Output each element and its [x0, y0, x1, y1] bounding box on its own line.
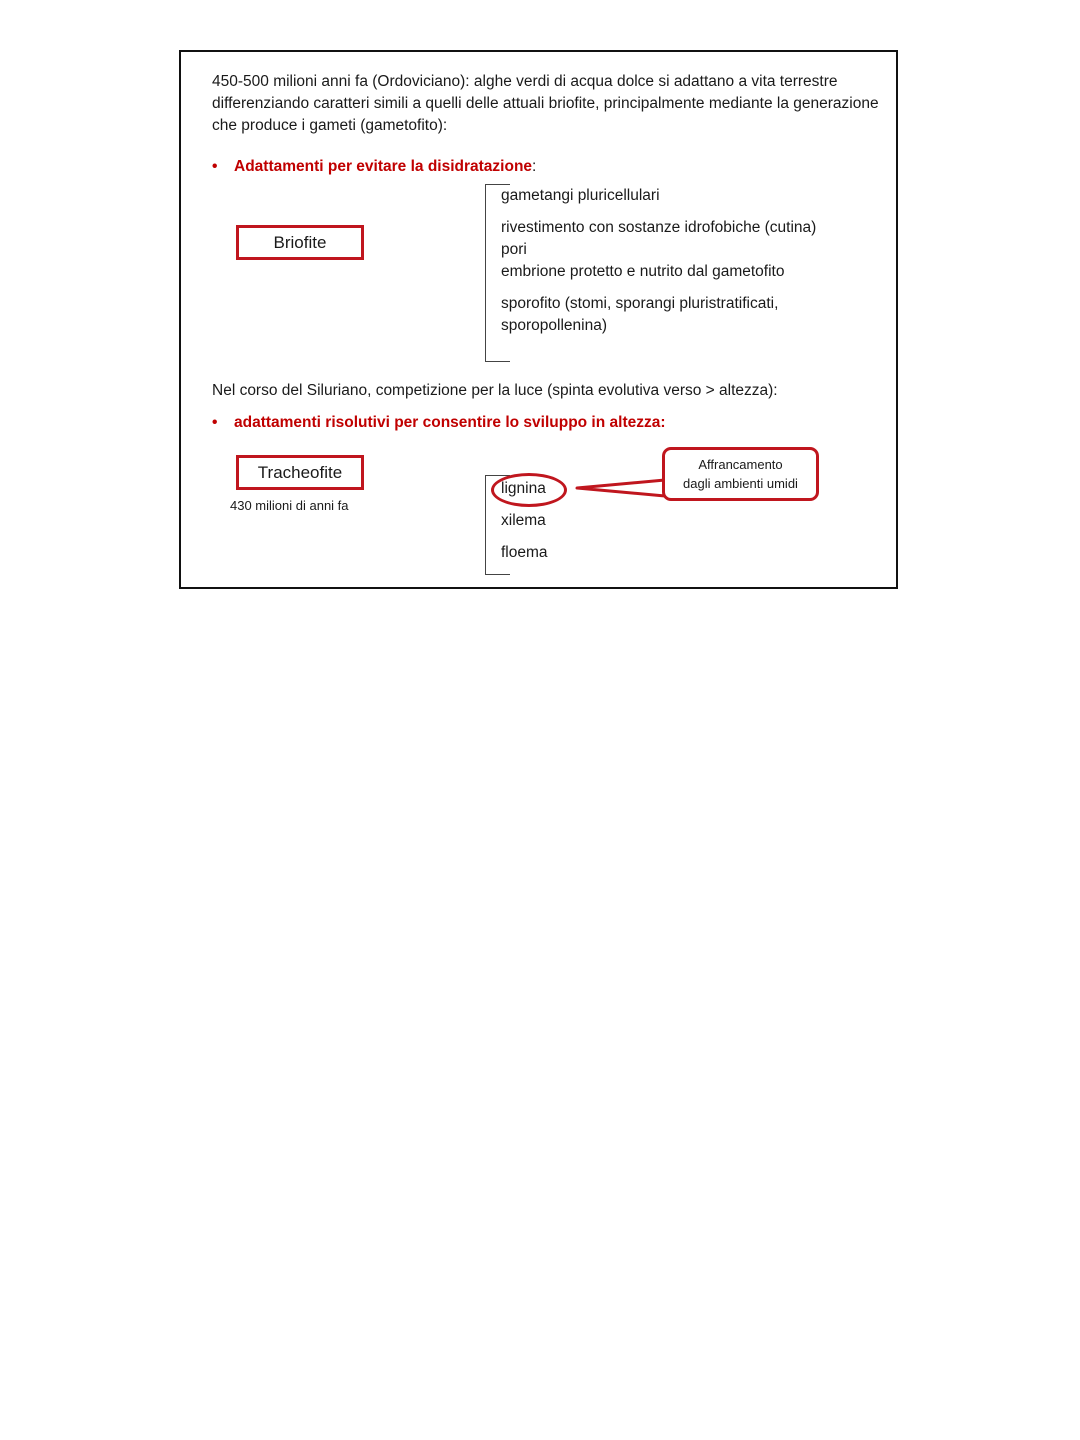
- tracheofite-label: Tracheofite: [258, 463, 342, 482]
- slide: 450-500 milioni anni fa (Ordoviciano): a…: [179, 50, 898, 589]
- section1-heading-colon: :: [532, 158, 536, 175]
- list-item: gametangi pluricellulari: [501, 187, 660, 205]
- list-item: lignina: [501, 480, 546, 498]
- section2-heading-text: adattamenti risolutivi per consentire lo…: [234, 414, 666, 431]
- tracheofite-box: Tracheofite: [236, 455, 364, 490]
- list-item: embrione protetto e nutrito dal gametofi…: [501, 263, 784, 281]
- briofite-box: Briofite: [236, 225, 364, 260]
- intro-paragraph: 450-500 milioni anni fa (Ordoviciano): a…: [212, 71, 892, 137]
- briofite-label: Briofite: [274, 233, 327, 252]
- callout-line2: dagli ambienti umidi: [665, 474, 816, 493]
- transition-paragraph: Nel corso del Siluriano, competizione pe…: [212, 382, 778, 400]
- list-item: pori: [501, 241, 527, 259]
- list-item: sporopollenina): [501, 317, 607, 335]
- list-item: sporofito (stomi, sporangi pluristratifi…: [501, 295, 778, 313]
- list-item: rivestimento con sostanze idrofobiche (c…: [501, 219, 816, 237]
- callout-pointer-icon: [571, 474, 671, 504]
- list-item: floema: [501, 544, 548, 562]
- section2-heading: •adattamenti risolutivi per consentire l…: [212, 414, 666, 432]
- bullet-icon: •: [212, 414, 234, 432]
- callout-bubble: Affrancamento dagli ambienti umidi: [662, 447, 819, 501]
- tracheofite-caption: 430 milioni di anni fa: [230, 498, 349, 513]
- list-item: xilema: [501, 512, 546, 530]
- callout-line1: Affrancamento: [665, 455, 816, 474]
- bracket-section2: [485, 475, 486, 575]
- section1-heading-text: Adattamenti per evitare la disidratazion…: [234, 158, 532, 175]
- bracket-section1: [485, 184, 486, 362]
- section1-heading: •Adattamenti per evitare la disidratazio…: [212, 158, 536, 176]
- bullet-icon: •: [212, 158, 234, 176]
